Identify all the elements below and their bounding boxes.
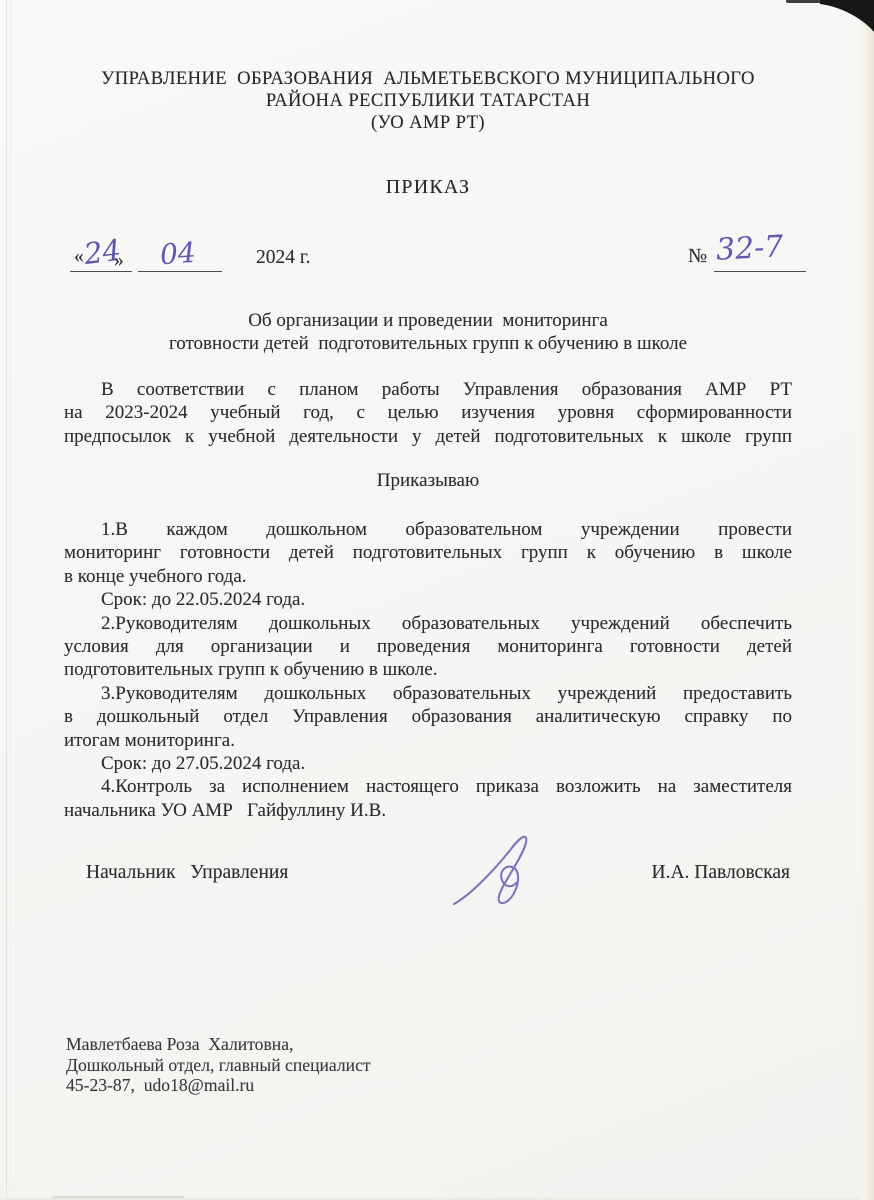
order-item-line: 3.Руководителям дошкольных образовательн… <box>64 682 792 705</box>
order-item-4: 4.Контроль за исполнением настоящего при… <box>64 775 792 822</box>
intro-line: предпосылок к учебной деятельности у дет… <box>64 425 792 448</box>
order-subject: Об организации и проведении мониторинга … <box>64 309 792 355</box>
order-item-2: 2.Руководителям дошкольных образовательн… <box>64 612 792 682</box>
org-name-line-1: УПРАВЛЕНИЕ ОБРАЗОВАНИЯ АЛЬМЕТЬЕВСКОГО МУ… <box>64 68 792 90</box>
order-item-line: 4.Контроль за исполнением настоящего при… <box>64 775 792 798</box>
signer-name: И.А. Павловская <box>651 862 790 884</box>
intro-paragraph: В соответствии с планом работы Управлени… <box>64 378 792 448</box>
subject-line-1: Об организации и проведении мониторинга <box>64 309 792 332</box>
order-item-3: 3.Руководителям дошкольных образовательн… <box>64 682 792 752</box>
order-item-1-deadline: Срок: до 22.05.2024 года. <box>64 588 792 611</box>
order-item-line: 2.Руководителям дошкольных образовательн… <box>64 612 792 635</box>
order-number-underline <box>714 271 806 272</box>
org-name-abbr: (УО АМР РТ) <box>64 112 792 134</box>
intro-line: на 2023-2024 учебный год, с целью изучен… <box>64 401 792 424</box>
subject-line-2: готовности детей подготовительных групп … <box>64 332 792 355</box>
date-month-underline <box>138 271 222 272</box>
executor-phone-email: 45-23-87, udo18@mail.ru <box>66 1075 371 1096</box>
doc-type-title: ПРИКАЗ <box>64 176 792 199</box>
order-item-line: начальника УО АМР Гайфуллину И.В. <box>64 799 792 822</box>
order-item-line: итогам мониторинга. <box>64 729 792 752</box>
order-number-label: № <box>688 245 707 268</box>
intro-line: В соответствии с планом работы Управлени… <box>64 378 792 401</box>
order-item-line: в дошкольный отдел Управления образовани… <box>64 705 792 728</box>
order-number-handwritten: 32-7 <box>715 229 784 267</box>
org-name-line-2: РАЙОНА РЕСПУБЛИКИ ТАТАРСТАН <box>64 90 792 112</box>
date-year: 2024 г. <box>256 247 311 269</box>
date-open-quote: « <box>74 246 84 268</box>
scan-corner-shadow <box>820 0 874 32</box>
date-month-handwritten: 04 <box>159 236 197 271</box>
order-item-1: 1.В каждом дошкольном образовательном уч… <box>64 518 792 588</box>
deadline-line: Срок: до 22.05.2024 года. <box>64 588 792 611</box>
order-item-line: 1.В каждом дошкольном образовательном уч… <box>64 518 792 541</box>
deadline-line: Срок: до 27.05.2024 года. <box>64 752 792 775</box>
order-item-3-deadline: Срок: до 27.05.2024 года. <box>64 752 792 775</box>
scan-left-fold-line-2 <box>10 0 11 1200</box>
scan-paper-edge-strip <box>860 0 874 1200</box>
scanned-order-document: УПРАВЛЕНИЕ ОБРАЗОВАНИЯ АЛЬМЕТЬЕВСКОГО МУ… <box>0 0 874 1200</box>
scan-bottom-mark <box>52 1196 184 1198</box>
executor-department: Дошкольный отдел, главный специалист <box>66 1055 371 1076</box>
resolution-word: Приказываю <box>64 470 792 492</box>
order-item-line: в конце учебного года. <box>64 565 792 588</box>
order-item-line: мониторинг готовности детей подготовител… <box>64 541 792 564</box>
date-day-underline <box>70 271 132 272</box>
executor-name: Мавлетбаева Роза Халитовна, <box>66 1034 371 1055</box>
order-item-line: условия для организации и проведения мон… <box>64 635 792 658</box>
executor-contact-block: Мавлетбаева Роза Халитовна, Дошкольный о… <box>66 1034 371 1096</box>
signer-position: Начальник Управления <box>86 862 288 884</box>
order-item-line: подготовительных групп к обучению в школ… <box>64 658 792 681</box>
handwritten-signature <box>448 828 563 918</box>
date-close-quote: » <box>114 250 124 272</box>
order-items: 1.В каждом дошкольном образовательном уч… <box>64 518 792 822</box>
org-header: УПРАВЛЕНИЕ ОБРАЗОВАНИЯ АЛЬМЕТЬЕВСКОГО МУ… <box>64 68 792 134</box>
scan-left-fold-line <box>6 0 7 1200</box>
